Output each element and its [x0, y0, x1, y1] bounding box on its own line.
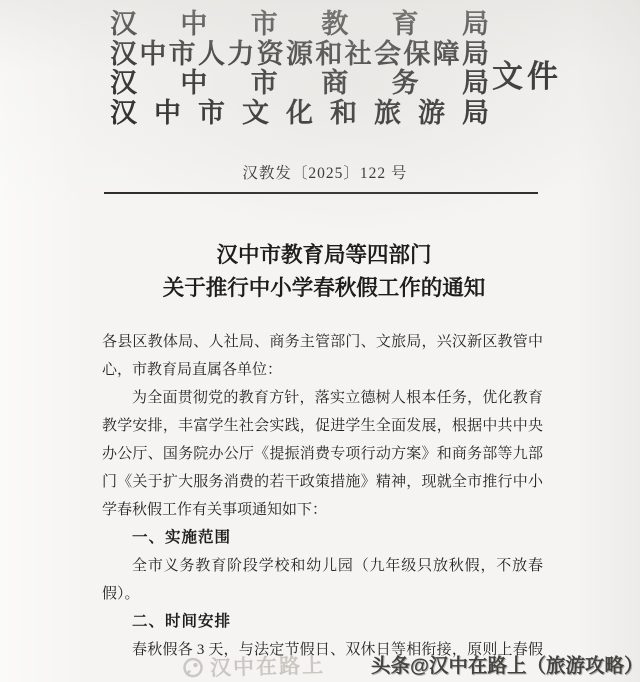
title-line-2: 关于推行中小学春秋假工作的通知: [0, 272, 640, 305]
document-title: 汉中市教育局等四部门 关于推行中小学春秋假工作的通知: [0, 239, 640, 305]
body-line: 心，市教育局直属各单位：: [102, 356, 543, 384]
agency-name-line: 汉中市商务局: [110, 69, 489, 99]
watermark-dark: 头条@汉中在路上（旅游攻略）: [371, 650, 640, 678]
doc-number: 汉教发〔2025〕122 号: [0, 161, 640, 183]
agency-name-line: 汉中市教育局: [110, 10, 489, 40]
agency-name-line: 汉中市人力资源和社会保障局: [110, 40, 489, 70]
body-line: 为全面贯彻党的教育方针，落实立德树人根本任务，优化教育: [102, 384, 543, 412]
body-line: 办公厅、国务院办公厅《提振消费专项行动方案》和商务部等九部: [102, 440, 543, 468]
document-body: 各县区教体局、人社局、商务主管部门、文旅局，兴汉新区教管中心，市教育局直属各单位…: [102, 328, 543, 664]
body-line: 假）。: [102, 580, 543, 608]
watermark-faint: 汉中在路上: [182, 649, 326, 682]
doc-type-label: 文件: [492, 51, 562, 96]
section-heading-line: 二、时间安排: [102, 608, 543, 636]
section-heading-line: 一、实施范围: [102, 524, 543, 552]
agency-name-line: 汉中市文化和旅游局: [110, 99, 489, 129]
body-line: 教学安排，丰富学生社会实践，促进学生全面发展，根据中共中央: [102, 412, 543, 440]
body-line: 门《关于扩大服务消费的若干政策措施》精神，现就全市推行中小: [102, 468, 543, 496]
body-line: 全市义务教育阶段学校和幼儿园（九年级只放秋假，不放春: [102, 552, 543, 580]
watermark-faint-text: 汉中在路上: [210, 649, 326, 682]
body-line: 学春秋假工作有关事项通知如下：: [102, 496, 543, 524]
header-separator-line: [104, 192, 538, 194]
title-line-1: 汉中市教育局等四部门: [0, 239, 640, 272]
scanned-document-page: 汉中市教育局汉中市人力资源和社会保障局汉中市商务局汉中市文化和旅游局 文件 汉教…: [0, 0, 640, 682]
camera-logo-icon: [182, 656, 205, 679]
header-agencies: 汉中市教育局汉中市人力资源和社会保障局汉中市商务局汉中市文化和旅游局: [110, 10, 489, 128]
body-line: 各县区教体局、人社局、商务主管部门、文旅局，兴汉新区教管中: [102, 328, 543, 356]
